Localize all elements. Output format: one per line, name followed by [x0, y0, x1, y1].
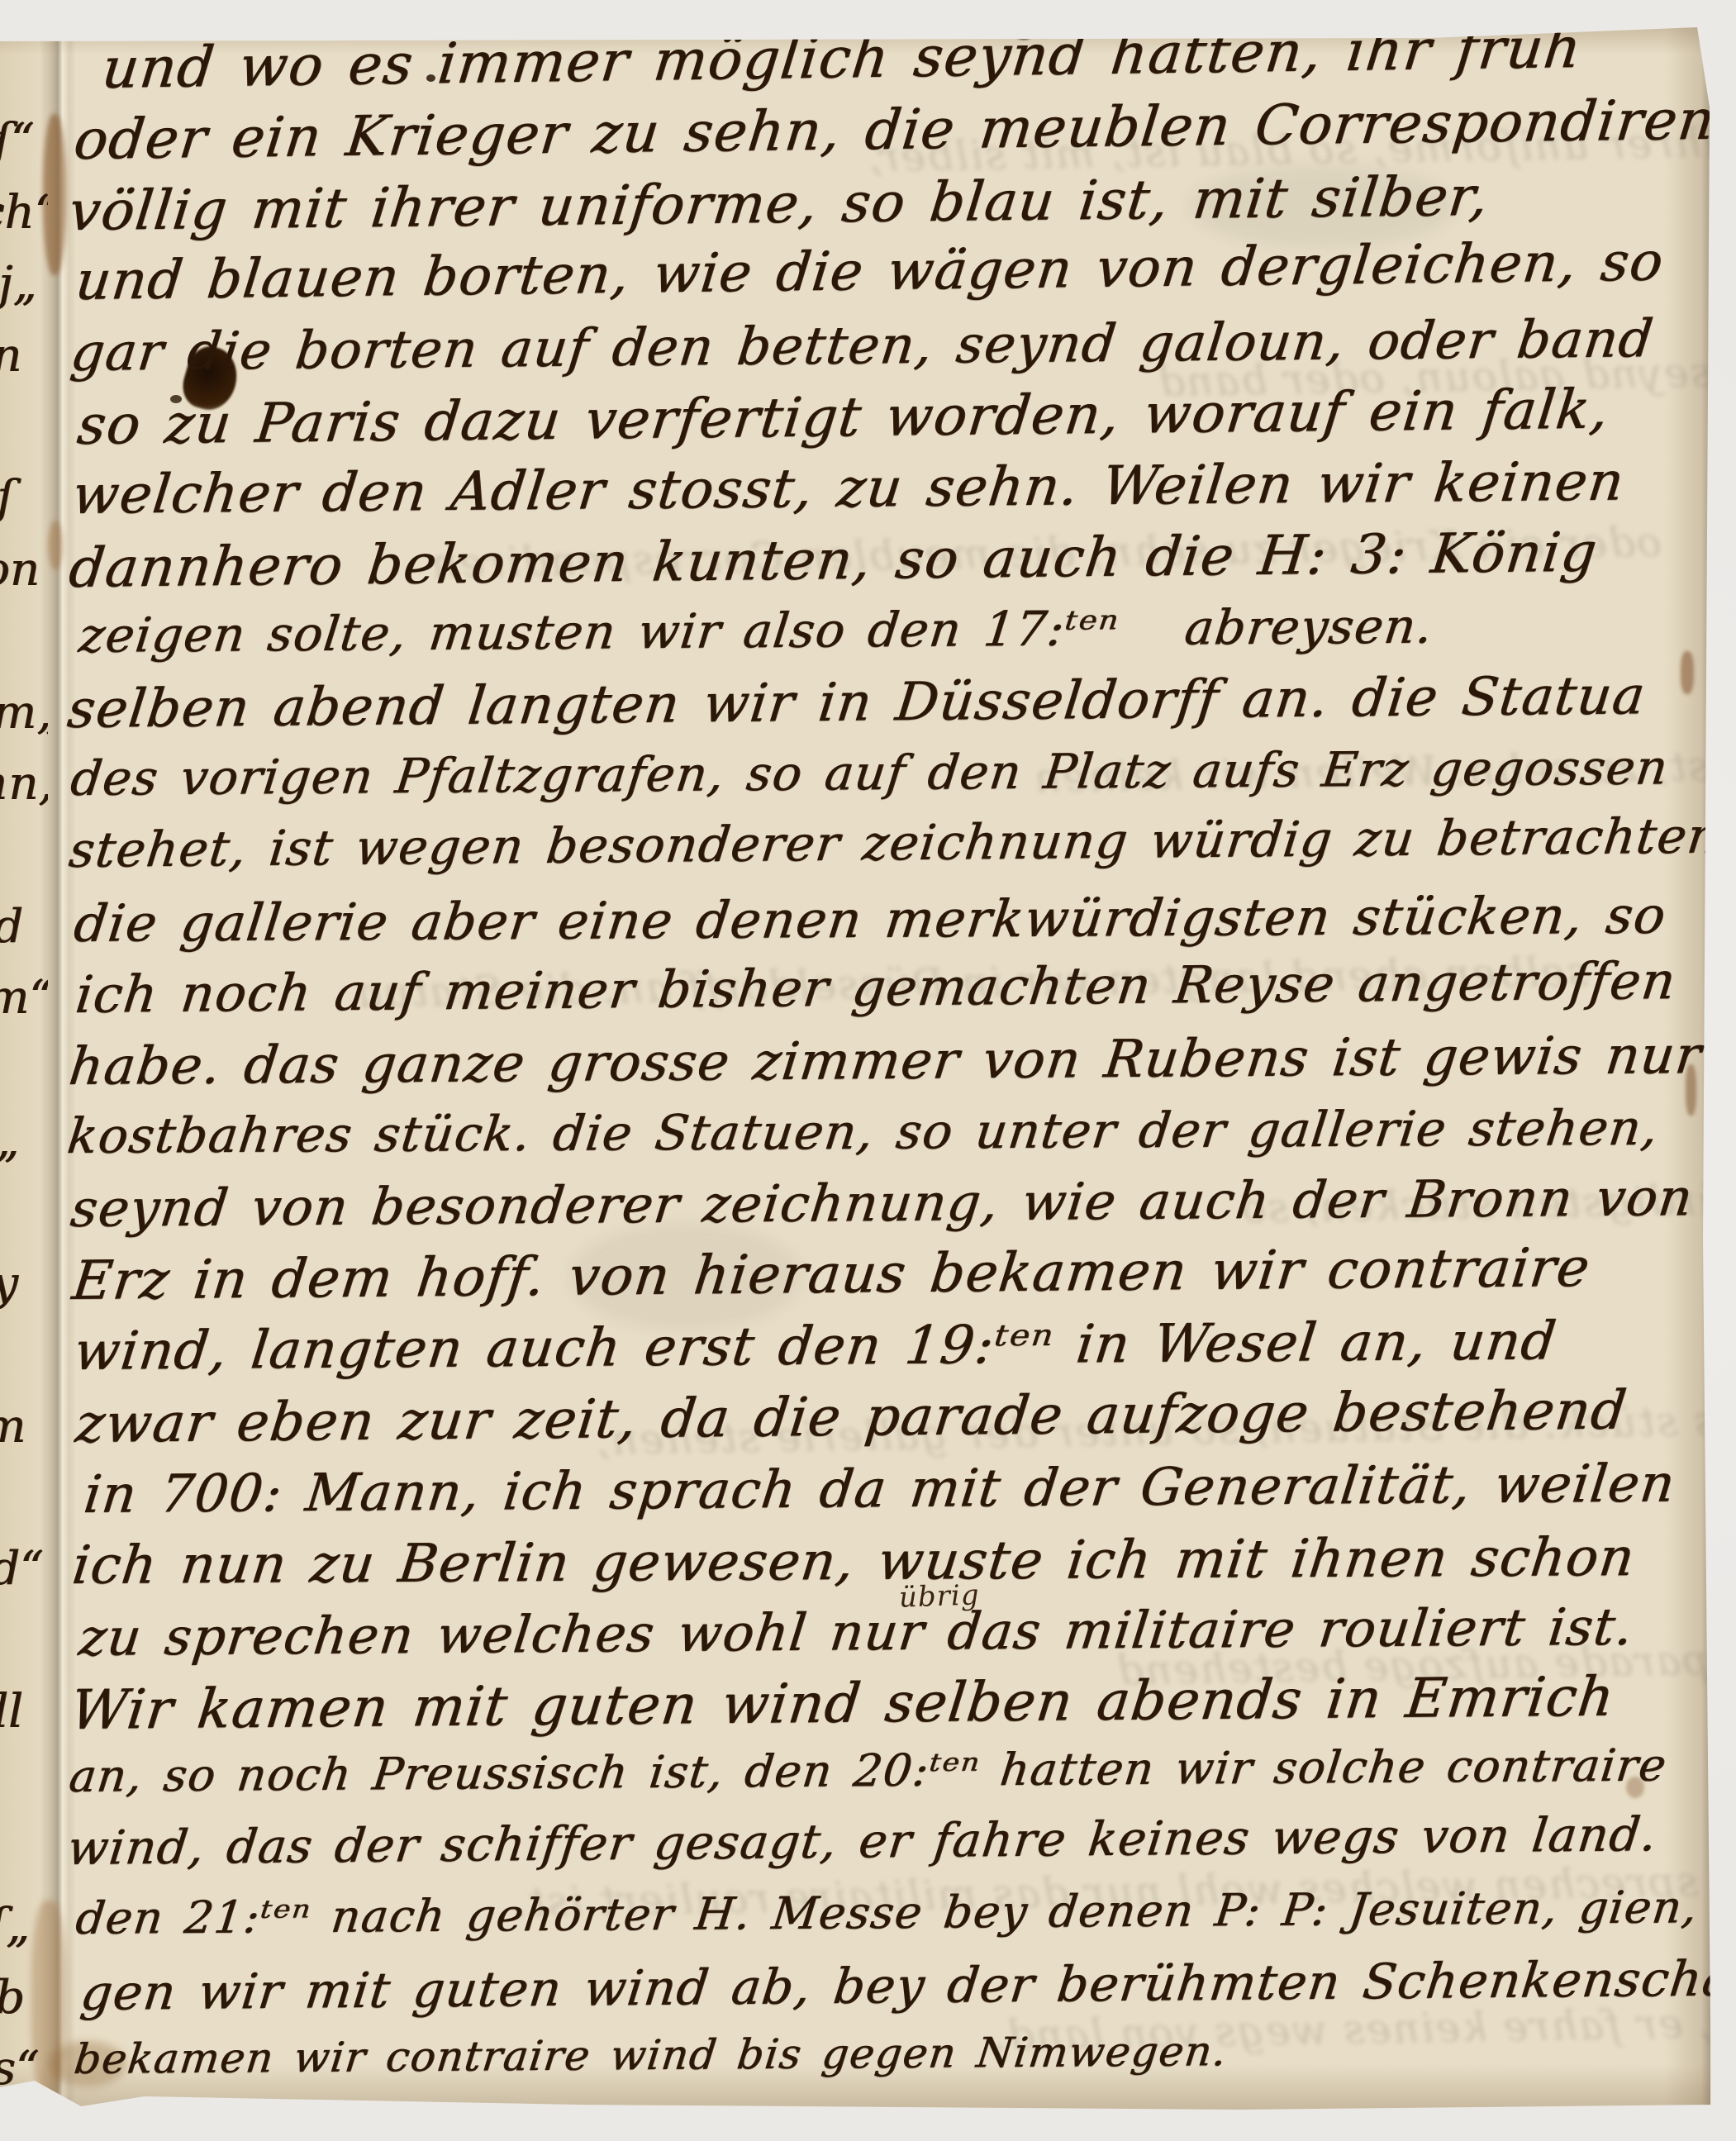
manuscript-line: völlig mit ihrer uniforme, so blau ist, …	[66, 164, 1492, 243]
verso-page-strip	[0, 0, 46, 2141]
manuscript-line: in 700: Mann, ich sprach da mit der Gene…	[81, 1454, 1679, 1525]
verso-edge-fragment: m	[0, 1400, 48, 1454]
manuscript-line: Erz in dem hoff. von hieraus bekamen wir…	[69, 1237, 1594, 1312]
verso-edge-fragment: hn,	[0, 757, 48, 811]
verso-edge-fragment: ll	[0, 1685, 48, 1739]
verso-edge-fragment: ſ	[0, 471, 48, 525]
manuscript-line: selben abend langten wir in Düsseldorff …	[64, 665, 1649, 740]
verso-edge-fragment: ſm„	[0, 686, 48, 740]
manuscript-line: habe. das ganze grosse zimmer von Rubens…	[66, 1025, 1705, 1097]
edge-stain-right-1	[1681, 651, 1694, 694]
manuscript-line: des vorigen Pfaltzgrafen, so auf den Pla…	[68, 739, 1672, 806]
manuscript-line: seynd von besonderer zeichnung, wie auch…	[68, 1167, 1696, 1239]
manuscript-line: zu sprechen welches wohl nur das militai…	[76, 1596, 1637, 1668]
verso-edge-fragment: d“	[0, 1542, 48, 1596]
fold-stain-middle	[48, 521, 63, 570]
top-edge-stain	[1015, 30, 1033, 40]
verso-edge-fragment: s“	[0, 2042, 48, 2096]
verso-edge-fragment: „	[0, 1114, 48, 1168]
verso-edge-fragment: b	[0, 1971, 48, 2024]
manuscript-line: ich nun zu Berlin gewesen, wuste ich mit…	[69, 1527, 1638, 1596]
manuscript-line: wind, langten auch erst den 19:ᵗᵉⁿ in We…	[71, 1311, 1560, 1382]
verso-edge-fragment: ch“	[0, 186, 48, 240]
manuscript-line: so zu Paris dazu verfertigt worden, wora…	[74, 378, 1613, 458]
manuscript-line: Wir kamen mit guten wind selben abends i…	[68, 1665, 1618, 1742]
manuscript-line: die gallerie aber eine denen merkwürdigs…	[71, 885, 1670, 954]
interlinear-insertion: übrig	[898, 1578, 980, 1614]
verso-edge-fragment: ij„	[0, 257, 48, 311]
verso-edge-fragment: on	[0, 543, 48, 597]
manuscript-line: dannhero bekomen kunten, so auch die H: …	[66, 521, 1601, 600]
paper-sheet: völlig mit ihrer uniforme, so blau ist, …	[0, 0, 1736, 2141]
verso-edge-fragment: n	[0, 329, 48, 383]
manuscript-line: kostbahres stück. die Statuen, so unter …	[64, 1099, 1662, 1164]
verso-edge-fragment: d	[0, 900, 48, 954]
manuscript-line: ich noch auf meiner bisher gemachten Rey…	[73, 950, 1680, 1025]
manuscript-line: zeigen solte, musten wir also den 17:ᵗᵉⁿ…	[76, 598, 1436, 664]
manuscript-line: stehet, ist wegen besonderer zeichnung w…	[66, 807, 1724, 879]
verso-edge-fragment: ſ„	[0, 1899, 48, 1953]
verso-edge-fragment: m“	[0, 971, 48, 1025]
manuscript-line: und wo es immer möglich seynd hatten, ih…	[99, 16, 1585, 102]
verso-edge-fragment: y	[0, 1257, 48, 1311]
manuscript-line: und blauen borten, wie die wägen von der…	[73, 231, 1667, 312]
manuscript-line: bekamen wir contraire wind bis gegen Nim…	[72, 2027, 1230, 2083]
scanner-background: völlig mit ihrer uniforme, so blau ist, …	[0, 0, 1736, 2141]
manuscript-line: welcher den Adler stosst, zu sehn. Weile…	[69, 451, 1628, 526]
manuscript-line: an, so noch Preussisch ist, den 20:ᵗᵉⁿ h…	[66, 1739, 1669, 1802]
manuscript-line: den 21:ᵗᵉⁿ nach gehörter H. Messe bey de…	[73, 1881, 1700, 1944]
verso-edge-fragment: ſ“	[0, 114, 48, 168]
